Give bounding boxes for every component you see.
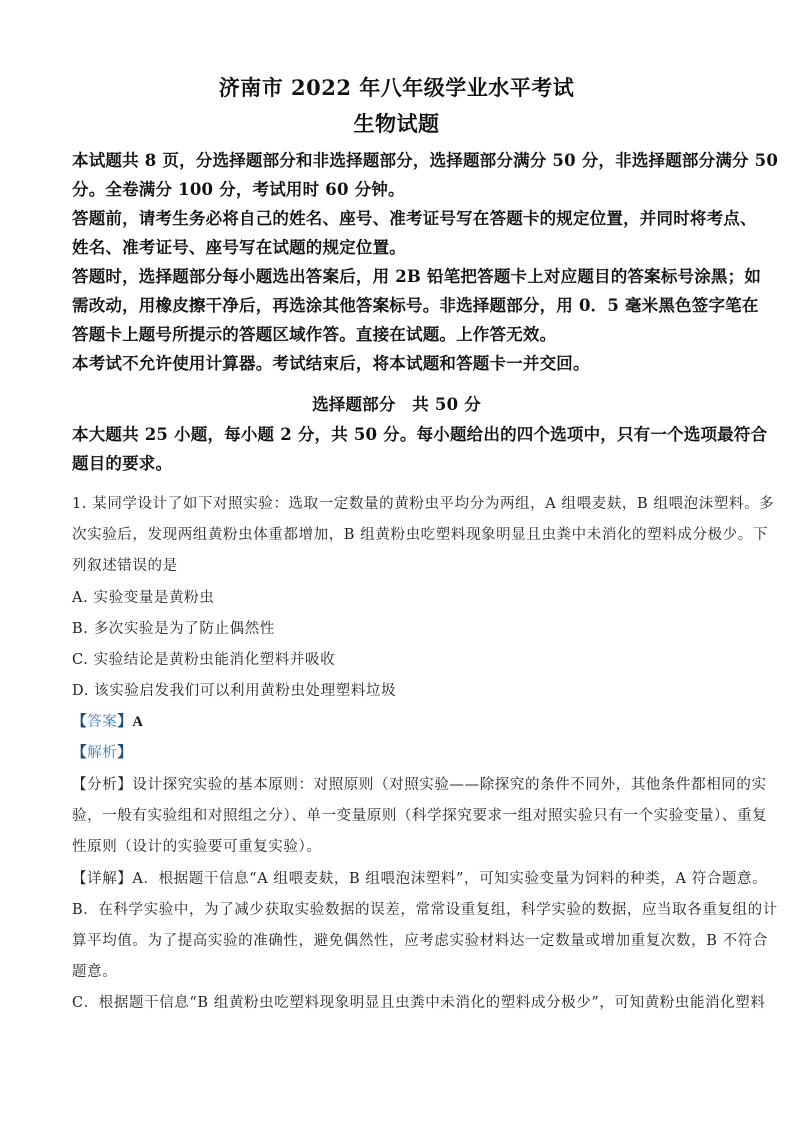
fenxi-line: 验，一般有实验组和对照组之分）、单一变量原则（科学探究要求一组对照实验只有一个实… — [72, 804, 724, 825]
fenxi-line: 【分析】设计探究实验的基本原则：对照原则（对照实验——除探究的条件不同外，其他条… — [72, 773, 724, 794]
exam-title: 济南市 2022 年八年级学业水平考试 — [0, 72, 793, 102]
instruction-line: 答题时，选择题部分每小题选出答案后，用 2B 铅笔把答题卡上对应题目的答案标号涂… — [72, 263, 724, 287]
instruction-line: 分。全卷满分 100 分，考试用时 60 分钟。 — [72, 176, 724, 200]
xiangjie-line: 算平均值。为了提高实验的准确性，避免偶然性，应考虑实验材料达一定数量或增加重复次… — [72, 929, 724, 950]
xiangjie-line: 题意。 — [72, 960, 724, 981]
option-text: 实验变量是黄粉虫 — [94, 590, 215, 606]
option-text: 实验结论是黄粉虫能消化塑料并吸收 — [94, 652, 336, 668]
instruction-line: 需改动，用橡皮擦干净后，再选涂其他答案标号。非选择题部分，用 0．5 毫米黑色签… — [72, 292, 724, 316]
instruction-line: 本考试不允许使用计算器。考试结束后，将本试题和答题卡一并交回。 — [72, 350, 724, 374]
xiangjie-label: 【详解】 — [72, 871, 132, 887]
section-heading: 选择题部分 共 50 分 — [0, 391, 793, 415]
fenxi-line: 性原则（设计的实验要可重复实验）。 — [72, 835, 724, 856]
xiangjie-line: B．在科学实验中，为了减少获取实验数据的误差，常常设重复组，科学实验的数据，应当… — [72, 898, 724, 919]
option-text: 该实验启发我们可以利用黄粉虫处理塑料垃圾 — [94, 683, 396, 699]
section-intro-line: 题目的要求。 — [72, 450, 724, 474]
analysis-label: 【解析】 — [72, 745, 132, 761]
instruction-line: 姓名、准考证号、座号写在试题的规定位置。 — [72, 234, 724, 258]
answer-label: 【答案】 — [72, 714, 132, 730]
xiangjie-line: C．根据题干信息“B 组黄粉虫吃塑料现象明显且虫粪中未消化的塑料成分极少”，可知… — [72, 991, 724, 1012]
option-c: C. 实验结论是黄粉虫能消化塑料并吸收 — [72, 648, 724, 669]
question-stem-line: 次实验后，发现两组黄粉虫体重都增加，B 组黄粉虫吃塑料现象明显且虫粪中未消化的塑… — [72, 523, 724, 544]
option-text: 多次实验是为了防止偶然性 — [94, 621, 275, 637]
xiangjie-line: 【详解】A．根据题干信息“A 组喂麦麸，B 组喂泡沫塑料”，可知实验变量为饲料的… — [72, 867, 724, 888]
instruction-line: 本试题共 8 页，分选择题部分和非选择题部分，选择题部分满分 50 分，非选择题… — [72, 147, 724, 171]
option-d: D. 该实验启发我们可以利用黄粉虫处理塑料垃圾 — [72, 679, 724, 700]
option-b: B. 多次实验是为了防止偶然性 — [72, 617, 724, 638]
answer-line: 【答案】A — [72, 710, 724, 731]
option-letter: B. — [72, 621, 88, 637]
instruction-line: 答题前，请考生务必将自己的姓名、座号、准考证号写在答题卡的规定位置，并同时将考点… — [72, 205, 724, 229]
option-letter: A. — [72, 590, 88, 606]
question-stem-line: 列叙述错误的是 — [72, 554, 724, 575]
question-stem-line: 1. 某同学设计了如下对照实验：选取一定数量的黄粉虫平均分为两组，A 组喂麦麸，… — [72, 492, 724, 513]
section-intro-line: 本大题共 25 小题，每小题 2 分，共 50 分。每小题给出的四个选项中，只有… — [72, 421, 724, 445]
exam-subtitle: 生物试题 — [0, 108, 793, 138]
instruction-line: 答题卡上题号所提示的答题区域作答。直接在试题。上作答无效。 — [72, 321, 724, 345]
answer-value: A — [132, 714, 143, 730]
analysis-heading: 【解析】 — [72, 741, 724, 762]
document-page: 济南市 2022 年八年级学业水平考试 生物试题 本试题共 8 页，分选择题部分… — [0, 0, 793, 1122]
option-letter: C. — [72, 652, 88, 668]
fenxi-label: 【分析】 — [72, 777, 132, 793]
option-letter: D. — [72, 683, 89, 699]
option-a: A. 实验变量是黄粉虫 — [72, 586, 724, 607]
